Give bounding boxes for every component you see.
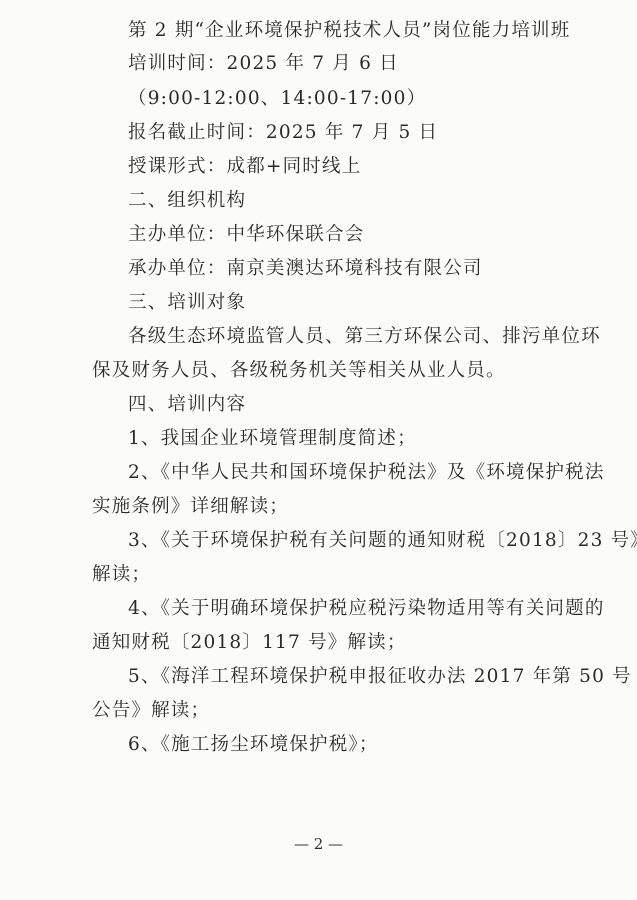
training-hours: （9:00-12:00、14:00-17:00）	[128, 88, 426, 110]
registration-deadline: 报名截止时间：2025 年 7 月 5 日	[128, 122, 438, 144]
content-item-2-line-1: 2、《中华人民共和国环境保护税法》及《环境保护税法	[128, 462, 605, 484]
audience-paragraph-line-1: 各级生态环境监管人员、第三方环保公司、排污单位环	[128, 326, 601, 348]
content-item-3-line-1: 3、《关于环境保护税有关问题的通知财税〔2018〕23 号》	[128, 530, 637, 552]
page-number: — 2 —	[0, 835, 637, 853]
content-item-4-line-1: 4、《关于明确环境保护税应税污染物适用等有关问题的	[128, 598, 605, 620]
organizer: 承办单位：南京美澳达环境科技有限公司	[128, 258, 483, 280]
section-heading-organization: 二、组织机构	[128, 190, 246, 212]
audience-paragraph-line-2: 保及财务人员、各级税务机关等相关从业人员。	[92, 360, 506, 382]
section-heading-audience: 三、培训对象	[128, 292, 246, 314]
content-item-3-line-2: 解读；	[92, 564, 151, 586]
content-item-1: 1、我国企业环境管理制度简述；	[128, 428, 417, 450]
training-time: 培训时间：2025 年 7 月 6 日	[128, 53, 399, 75]
content-item-5-line-2: 公告》解读；	[92, 700, 210, 722]
teaching-format: 授课形式：成都+同时线上	[128, 156, 361, 178]
host-organization: 主办单位：中华环保联合会	[128, 224, 364, 246]
document-page: 第 2 期“企业环境保护税技术人员”岗位能力培训班 培训时间：2025 年 7 …	[0, 0, 637, 900]
course-title: 第 2 期“企业环境保护税技术人员”岗位能力培训班	[128, 20, 570, 42]
section-heading-content: 四、培训内容	[128, 394, 246, 416]
content-item-5-line-1: 5、《海洋工程环境保护税申报征收办法 2017 年第 50 号	[128, 666, 632, 688]
content-item-2-line-2: 实施条例》详细解读；	[92, 496, 289, 518]
content-item-6: 6、《施工扬尘环境保护税》；	[128, 734, 379, 756]
content-item-4-line-2: 通知财税〔2018〕117 号》解读；	[92, 632, 407, 654]
